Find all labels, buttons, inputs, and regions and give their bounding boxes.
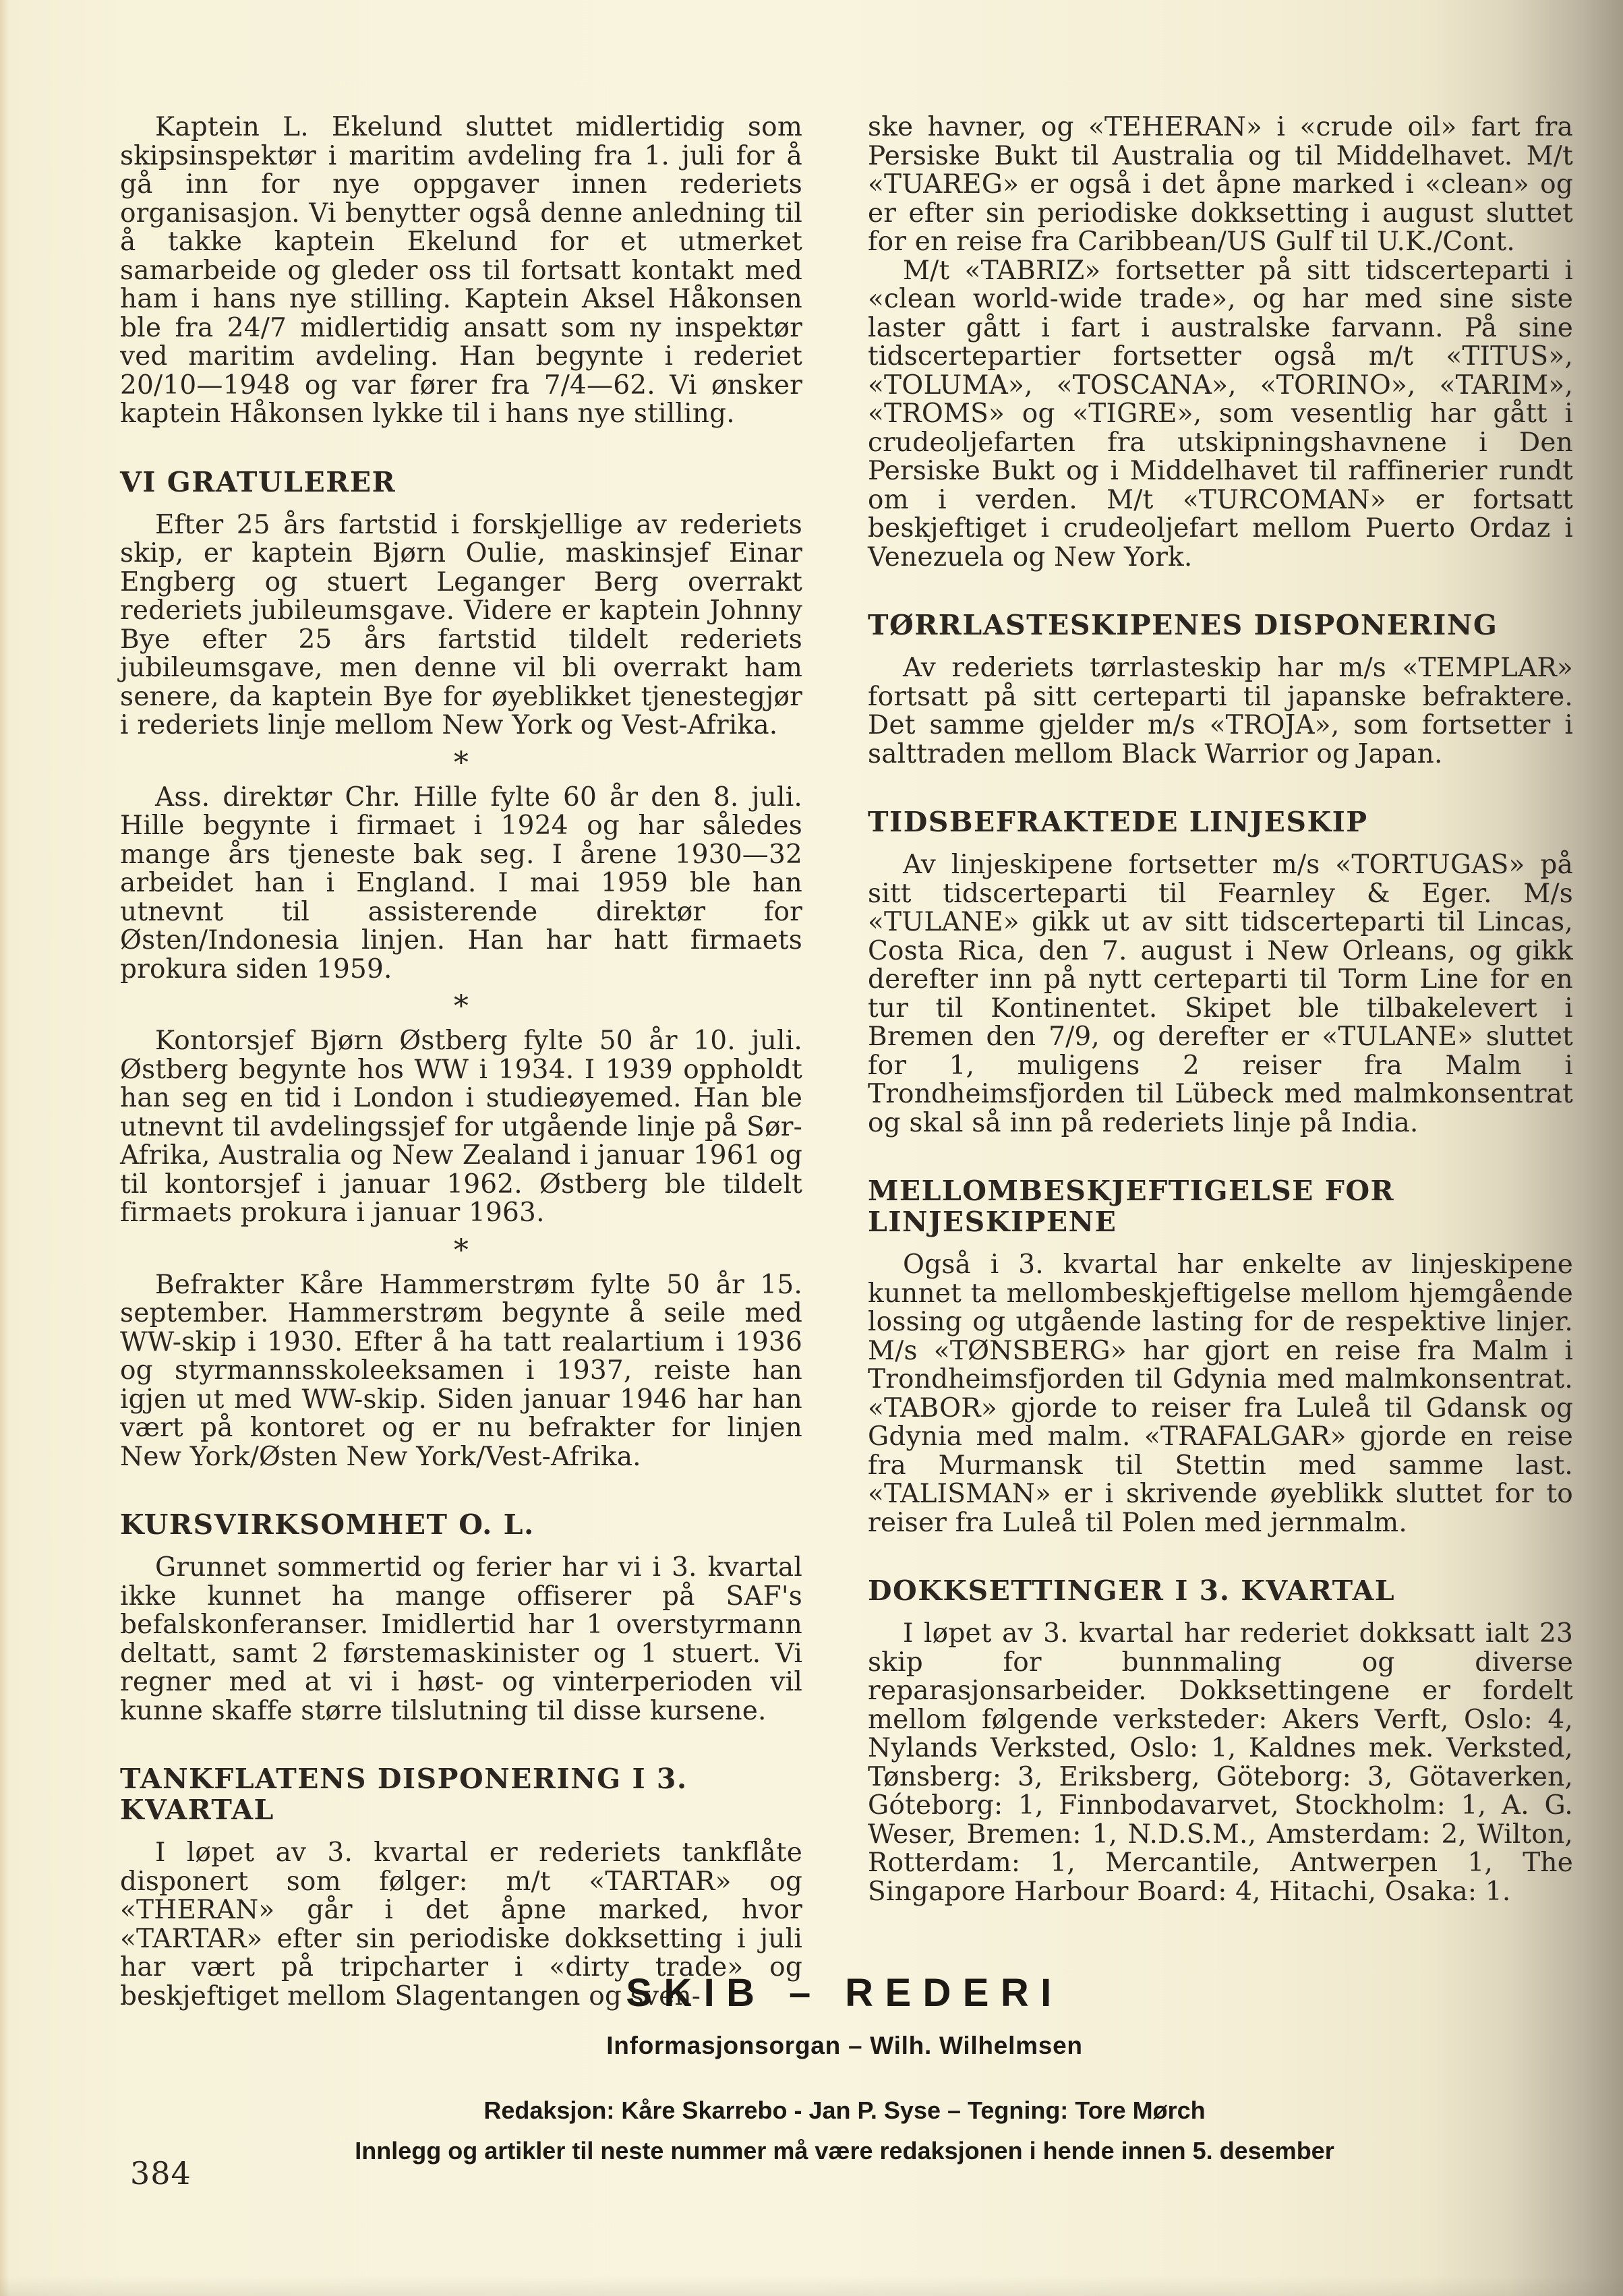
asterisk-separator: * [120, 992, 802, 1022]
paragraph: Grunnet sommertid og ferier har vi i 3. … [120, 1554, 802, 1726]
paragraph: Ass. direktør Chr. Hille fylte 60 år den… [120, 784, 802, 984]
paragraph: Av rederiets tørrlasteskip har m/s «TEMP… [868, 654, 1573, 769]
section-heading: TANKFLATENS DISPONERING I 3. KVARTAL [120, 1763, 802, 1825]
asterisk-separator: * [120, 748, 802, 778]
section-heading: TØRRLASTESKIPENES DISPONERING [868, 610, 1573, 641]
section-heading: TIDSBEFRAKTEDE LINJESKIP [868, 806, 1573, 837]
section-heading: DOKKSETTINGER I 3. KVARTAL [868, 1575, 1573, 1606]
section-heading: KURSVIRKSOMHET O. L. [120, 1509, 802, 1540]
asterisk-separator: * [120, 1236, 802, 1266]
paragraph: ske havner, og «TEHERAN» i «crude oil» f… [868, 113, 1573, 257]
page-number: 384 [130, 2155, 191, 2191]
footer: SKIB – REDERI Informasjonsorgan – Wilh. … [118, 1970, 1571, 2165]
newsletter-subtitle: Informasjonsorgan – Wilh. Wilhelmsen [118, 2032, 1571, 2060]
editorial-credits: Redaksjon: Kåre Skarrebo - Jan P. Syse –… [118, 2096, 1571, 2125]
paragraph: Kontorsjef Bjørn Østberg fylte 50 år 10.… [120, 1027, 802, 1228]
paragraph: I løpet av 3. kvartal har rederiet dokks… [868, 1620, 1573, 1906]
paragraph: Befrakter Kåre Hammerstrøm fylte 50 år 1… [120, 1271, 802, 1472]
newsletter-title: SKIB – REDERI [118, 1970, 1571, 2015]
paragraph: Av linjeskipene fortsetter m/s «TORTUGAS… [868, 851, 1573, 1138]
section-heading: MELLOMBESKJEFTIGELSE FOR LINJESKIPENE [868, 1175, 1573, 1237]
page-left-edge-shade [0, 0, 9, 2296]
left-column: Kaptein L. Ekelund sluttet midlertidig s… [120, 113, 802, 2011]
paragraph: Kaptein L. Ekelund sluttet midlertidig s… [120, 113, 802, 429]
paragraph: Også i 3. kvartal har enkelte av linjesk… [868, 1251, 1573, 1537]
magazine-page: Kaptein L. Ekelund sluttet midlertidig s… [0, 0, 1623, 2296]
section-heading: VI GRATULERER [120, 467, 802, 498]
paragraph: Efter 25 års fartstid i forskjellige av … [120, 511, 802, 740]
paragraph: M/t «TABRIZ» fortsetter på sitt tidscert… [868, 257, 1573, 572]
page-bottom-edge-shade [0, 2276, 1623, 2296]
submission-deadline: Innlegg og artikler til neste nummer må … [118, 2137, 1571, 2165]
right-column: ske havner, og «TEHERAN» i «crude oil» f… [868, 113, 1573, 1906]
